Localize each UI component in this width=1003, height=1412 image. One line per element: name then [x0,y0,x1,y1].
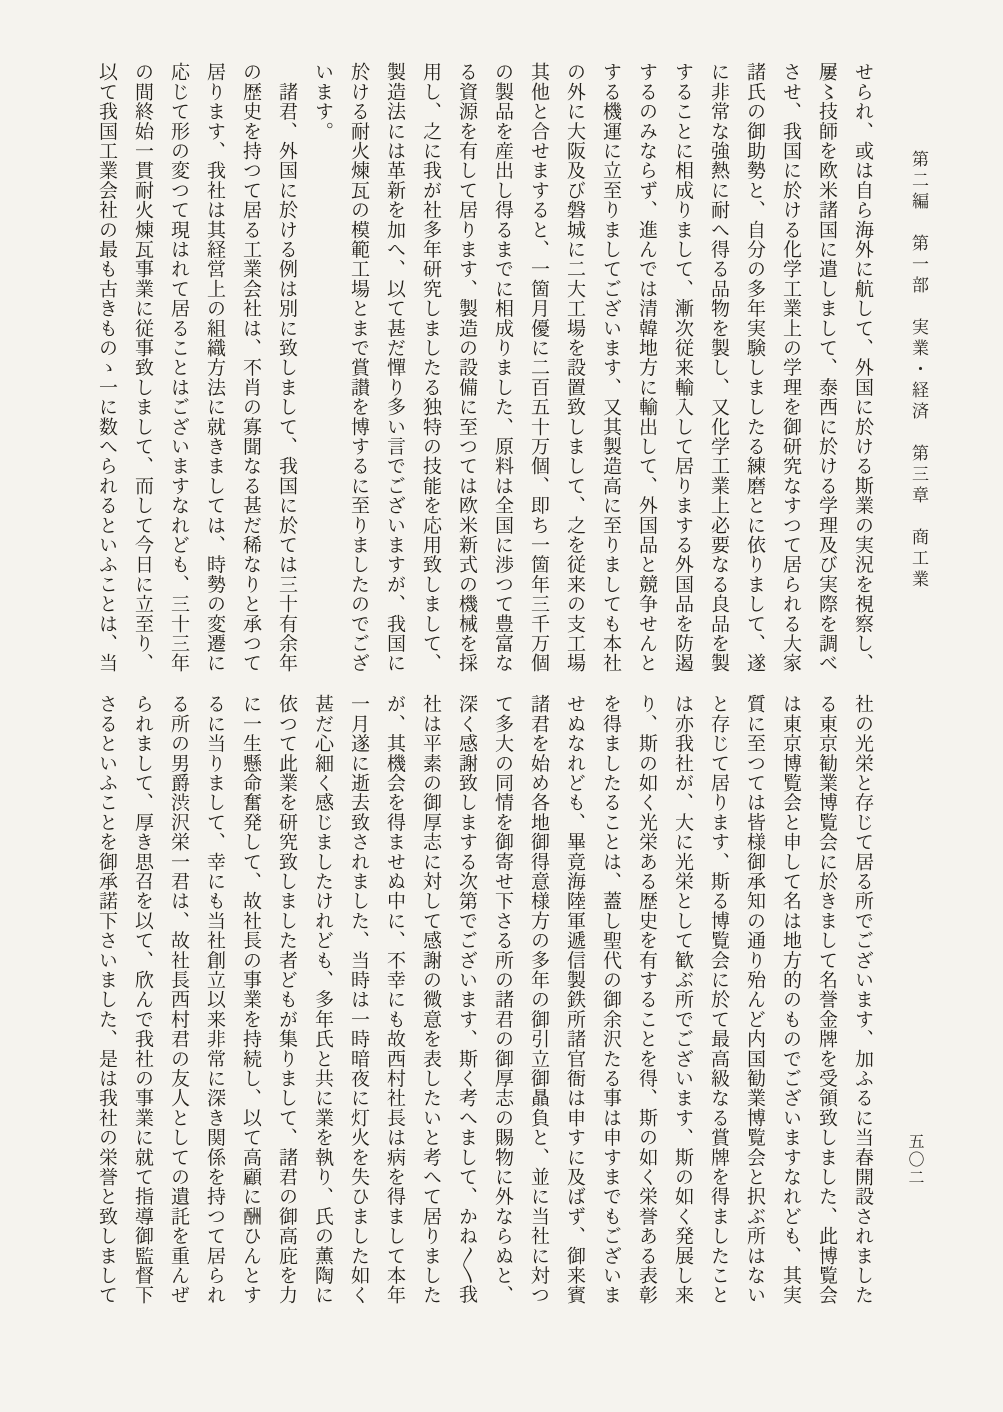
text-column: 社は平素の御厚志に対して感謝の微意を表したいと考へて居りました [421,694,440,1307]
text-column: る資源を有して居ります、製造の設備に至つては欧米新式の機械を採 [457,62,476,674]
text-column: 質に至つては皆様御承知の通り殆んど内国勧業博覧会と択ぶ所はない [745,694,764,1307]
text-column: に一生懸命奮発して、故社長の事業を持続し、以て高顧に酬ひんとす [241,694,260,1307]
text-column: 甚だ心細く感じましたけれども、多年氏と共に業を執り、氏の薫陶に [313,694,332,1307]
text-column: 諸氏の御助勢と、自分の多年実験しましたる練磨とに依りまして、遂 [745,62,764,674]
text-column: の間終始一貫耐火煉瓦事業に従事致しまして、而して今日に立至り、 [133,62,152,674]
text-column: せられ、或は自ら海外に航して、外国に於ける斯業の実況を視察し、 [853,62,872,674]
book-page: 第二編 第一部 実業・経済 第三章 商工業 せられ、或は自ら海外に航して、外国に… [0,0,1003,1412]
text-column: が、其機会を得ませぬ中に、不幸にも故西村社長は病を得まして本年 [385,694,404,1307]
text-column: するのみならず、進んでは清韓地方に輸出して、外国品と競争せんと [637,62,656,674]
text-column: て多大の同情を御寄せ下さる所の諸君の御厚志の賜物に外ならぬと、 [493,694,512,1307]
text-column: さるといふことを御承諾下さいました、是は我社の栄誉と致しまして [97,694,116,1307]
text-column: 依つて此業を研究致しました者どもが集りまして、諸君の御高庇を力 [277,694,296,1307]
text-column: 社の光栄と存じて居る所でございます、加ふるに当春開設されました [853,694,872,1307]
text-column: られまして、厚き思召を以て、欣んで我社の事業に就て指導御監督下 [133,694,152,1307]
text-column: する機運に立至りましてございます、又其製造高に至りましても本社 [601,62,620,674]
text-column: と存じて居ります、斯る博覧会に於て最高級なる賞牌を得ましたこと [709,694,728,1307]
text-column: 以て我国工業会社の最も古きものゝ一に数へられるといふことは、当 [97,62,116,674]
text-column: り、斯の如く光栄ある歴史を有することを得、斯の如く栄誉ある表彰 [637,694,656,1307]
text-column: に非常な強熱に耐へ得る品物を製し、又化学工業上必要なる良品を製 [709,62,728,674]
text-column: の製品を産出し得るまでに相成りました、原料は全国に渉つて豊富な [493,62,512,674]
text-column: 製造法には革新を加へ、以て甚だ憚り多い言でございますが、我国に [385,62,404,674]
text-column: います。 [313,62,332,674]
text-column: させ、我国に於ける化学工業上の学理を御研究なすつて居られる大家 [781,62,800,674]
text-column: を得ましたることは、蓋し聖代の御余沢たる事は申すまでもございま [601,694,620,1307]
text-column: の歴史を持つて居る工業会社は、不肖の寡聞なる甚だ稀なりと承つて [241,62,260,674]
bottom-text-block: 社の光栄と存じて居る所でございます、加ふるに当春開設されましたる東京勧業博覧会に… [80,694,872,1307]
text-column: は亦我社が、大に光栄として歓ぶ所でございます、斯の如く発展し来 [673,694,692,1307]
chapter-running-head: 第二編 第一部 実業・経済 第三章 商工業 [906,150,931,591]
page-number: 五〇二 [904,1133,927,1187]
text-column: することに相成りまして、漸次従来輸入して居りまする外国品を防遏 [673,62,692,674]
text-column: 於ける耐火煉瓦の模範工場とまで賞讃を博するに至りましたのでござ [349,62,368,674]
text-column: 深く感謝致しまする次第でございます、斯く考へまして、かね〱我 [457,694,476,1307]
text-column: 用し、之に我が社多年研究しましたる独特の技能を応用致しまして、 [421,62,440,674]
top-text-block: せられ、或は自ら海外に航して、外国に於ける斯業の実況を視察し、屢〻技師を欧米諸国… [80,62,872,674]
text-column: は東京博覧会と申して名は地方的のものでございますなれども、其実 [781,694,800,1307]
text-column: る東京勧業博覧会に於きまして名誉金牌を受領致しました、此博覧会 [817,694,836,1307]
text-column: 諸君、外国に於ける例は別に致しまして、我国に於ては三十有余年 [277,62,296,674]
text-column: 応じて形の変つて現はれて居ることはございますなれども、三十三年 [169,62,188,674]
text-column: の外に大阪及び磐城に二大工場を設置致しまして、之を従来の支工場 [565,62,584,674]
text-column: る所の男爵渋沢栄一君は、故社長西村君の友人としての遺託を重んぜ [169,694,188,1307]
text-column: せぬなれども、畢竟海陸軍遞信製鉄所諸官衙は申すに及ばず、御来賓 [565,694,584,1307]
text-column: 屢〻技師を欧米諸国に遣しまして、泰西に於ける学理及び実際を調べ [817,62,836,674]
text-column: 居ります、我社は其経営上の組織方法に就きましては、時勢の変遷に [205,62,224,674]
text-column: 其他と合せますると、一箇月優に二百五十万個、即ち一箇年三千万個 [529,62,548,674]
text-column: 一月遂に逝去致されました、当時は一時暗夜に灯火を失ひました如く [349,694,368,1307]
text-column: るに当りまして、幸にも当社創立以来非常に深き関係を持つて居られ [205,694,224,1307]
text-column: 諸君を始め各地御得意様方の多年の御引立御贔負と、並に当社に対つ [529,694,548,1307]
